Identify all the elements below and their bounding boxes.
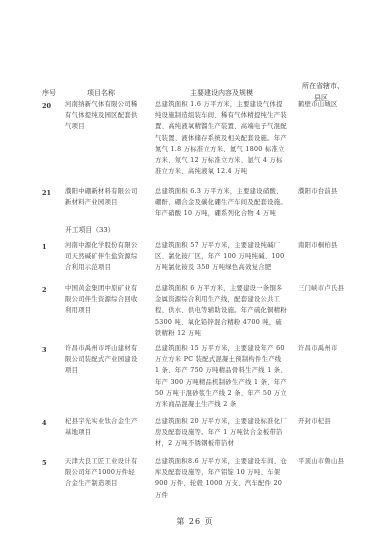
project-location: 鹤壁市山城区 <box>298 99 368 110</box>
project-content: 总建筑面积 20 万平方米，主要建设标准化厂房及配套设施等。年产 1 万吨钛合金… <box>155 416 287 450</box>
row-number: 3 <box>42 346 47 354</box>
section-title: 开工项目（33） <box>65 224 114 234</box>
row-number: 21 <box>42 189 51 197</box>
project-name: 濮阳中硼新材料有限公司新材料产业园项目 <box>65 186 139 208</box>
header-col-content: 主要建设内容及规模 <box>190 88 253 98</box>
row-number: 20 <box>42 102 51 110</box>
project-content: 总建筑面积 6 万平方米，主要建设一条铜多金属资源综合利用生产线，配套建设公共工… <box>155 283 287 339</box>
project-location: 三门峡市卢氏县 <box>298 283 348 294</box>
project-name: 中国黄金集团中原矿业有限公司伴生资源综合回收利用项目 <box>65 283 139 317</box>
header-col-no: 序号 <box>42 88 56 98</box>
row-number: 5 <box>42 459 47 467</box>
row-number: 1 <box>42 243 47 251</box>
project-content: 总建筑面积 15 万平方米，主要建设年产 60 万立方米 PC 装配式混凝土预制… <box>155 343 287 410</box>
project-location: 南阳市桐柏县 <box>298 240 368 251</box>
row-number: 2 <box>42 286 47 294</box>
project-location: 开封市杞县 <box>298 416 368 427</box>
project-content: 总建筑面积 1.6 万平方米，主要建设气体提纯设施制造组装车间、稀有气体精提纯生… <box>155 99 287 177</box>
row-number: 4 <box>42 419 47 427</box>
project-name: 许昌市禹州市坪山建材有限公司装配式产业园建设项目 <box>65 343 139 377</box>
project-content: 总建筑面积 57 万平方米，主要建设纯碱厂区、氯化铵厂区，年产 100 万吨纯碱… <box>155 240 287 274</box>
project-location: 濮阳市台前县 <box>298 186 368 197</box>
project-name: 河南纳新气体有限公司稀有气体提纯及园区配套供气项目 <box>65 99 139 133</box>
header-col-location-line1: 所在省辖市、 <box>302 81 344 91</box>
document-page: 序号 项目名称 主要建设内容及规模 所在省辖市、 县区 20 河南纳新气体有限公… <box>0 0 390 551</box>
project-name: 杞县宇光实业钛合金生产基地项目 <box>65 416 139 438</box>
project-content: 总建筑面积 6.3 万平方米，主要建设硝酸、硼酐、硼合金及碳化硼生产车间及配套设… <box>155 186 287 220</box>
header-col-name: 项目名称 <box>87 88 115 98</box>
project-location: 平顶山市鲁山县 <box>298 456 348 467</box>
project-name: 天津大良工匠工业设计有限公司年产1000万件轻合金生产制造项目 <box>65 456 139 490</box>
project-location: 许昌市禹州市 <box>298 343 368 354</box>
project-name: 河南中源化学股份有限公司天然碱矿伴生盐资源综合利用示范项目 <box>65 240 139 274</box>
project-content: 总建筑面积8.6 万平方米，主要建设车间、仓库及配套设施等，年产铝锭 10 万吨… <box>155 456 287 501</box>
page-number: 第 26 页 <box>0 516 390 527</box>
